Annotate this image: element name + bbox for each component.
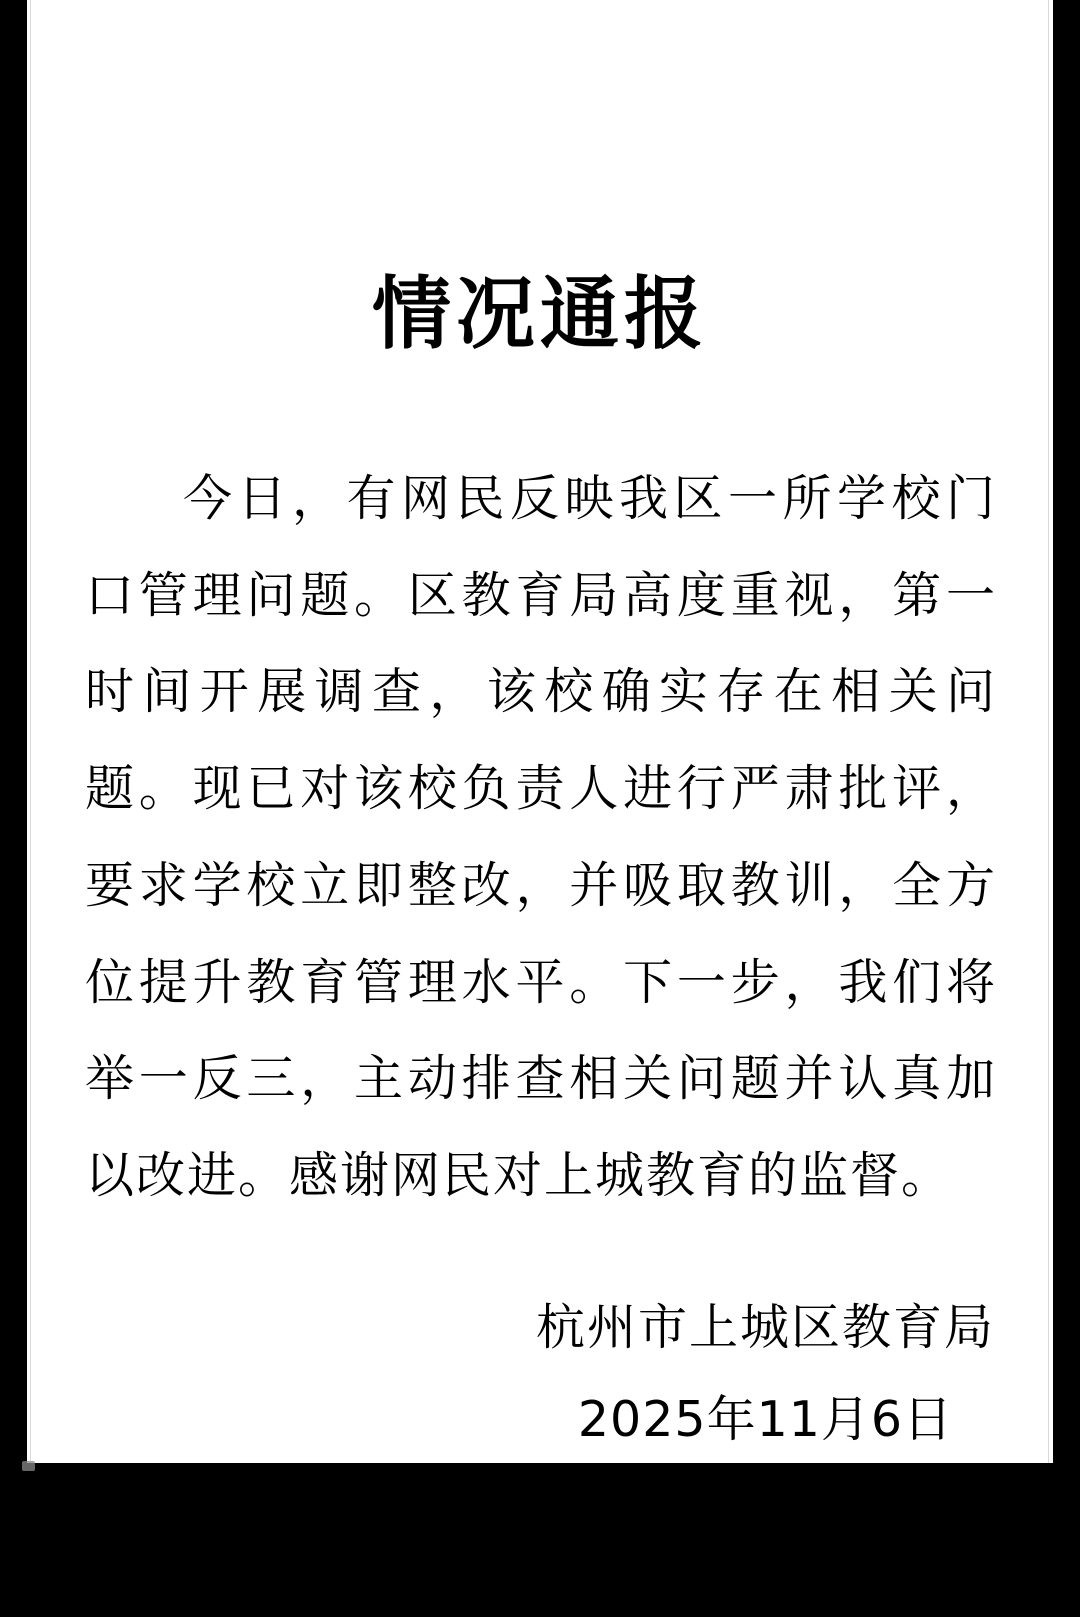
notice-title: 情况通报 <box>27 275 1053 354</box>
notice-paper: 情况通报 今日，有网民反映我区一所学校门 口管理问题。区教育局高度重视，第一 时… <box>27 0 1053 1463</box>
body-line: 举一反三，主动排查相关问题并认真加 <box>85 1031 995 1128</box>
bottom-letterbox-bar <box>0 1463 1080 1617</box>
body-line: 口管理问题。区教育局高度重视，第一 <box>85 548 995 645</box>
left-letterbox-bar <box>0 0 27 1463</box>
paper-right-edge-line <box>1048 0 1049 1463</box>
body-line: 要求学校立即整改，并吸取教训，全方 <box>85 838 995 935</box>
body-line: 题。现已对该校负责人进行严肃批评， <box>85 741 995 838</box>
screenshot-canvas: 情况通报 今日，有网民反映我区一所学校门 口管理问题。区教育局高度重视，第一 时… <box>0 0 1080 1617</box>
corner-artifact-speck <box>22 1461 35 1471</box>
signature-block: 杭州市上城区教育局 2025年11月6日 <box>536 1300 995 1448</box>
issuer-signature: 杭州市上城区教育局 <box>536 1300 995 1356</box>
body-line: 位提升教育管理水平。下一步，我们将 <box>85 935 995 1032</box>
paper-left-edge-line <box>30 0 31 1463</box>
body-line: 时间开展调查，该校确实存在相关问 <box>85 644 995 741</box>
issue-date: 2025年11月6日 <box>536 1392 995 1448</box>
body-line: 以改进。感谢网民对上城教育的监督。 <box>85 1128 995 1225</box>
signature-inner: 杭州市上城区教育局 2025年11月6日 <box>536 1300 995 1448</box>
notice-body: 今日，有网民反映我区一所学校门 口管理问题。区教育局高度重视，第一 时间开展调查… <box>85 451 995 1225</box>
body-line: 今日，有网民反映我区一所学校门 <box>85 451 995 548</box>
right-letterbox-bar <box>1053 0 1080 1463</box>
